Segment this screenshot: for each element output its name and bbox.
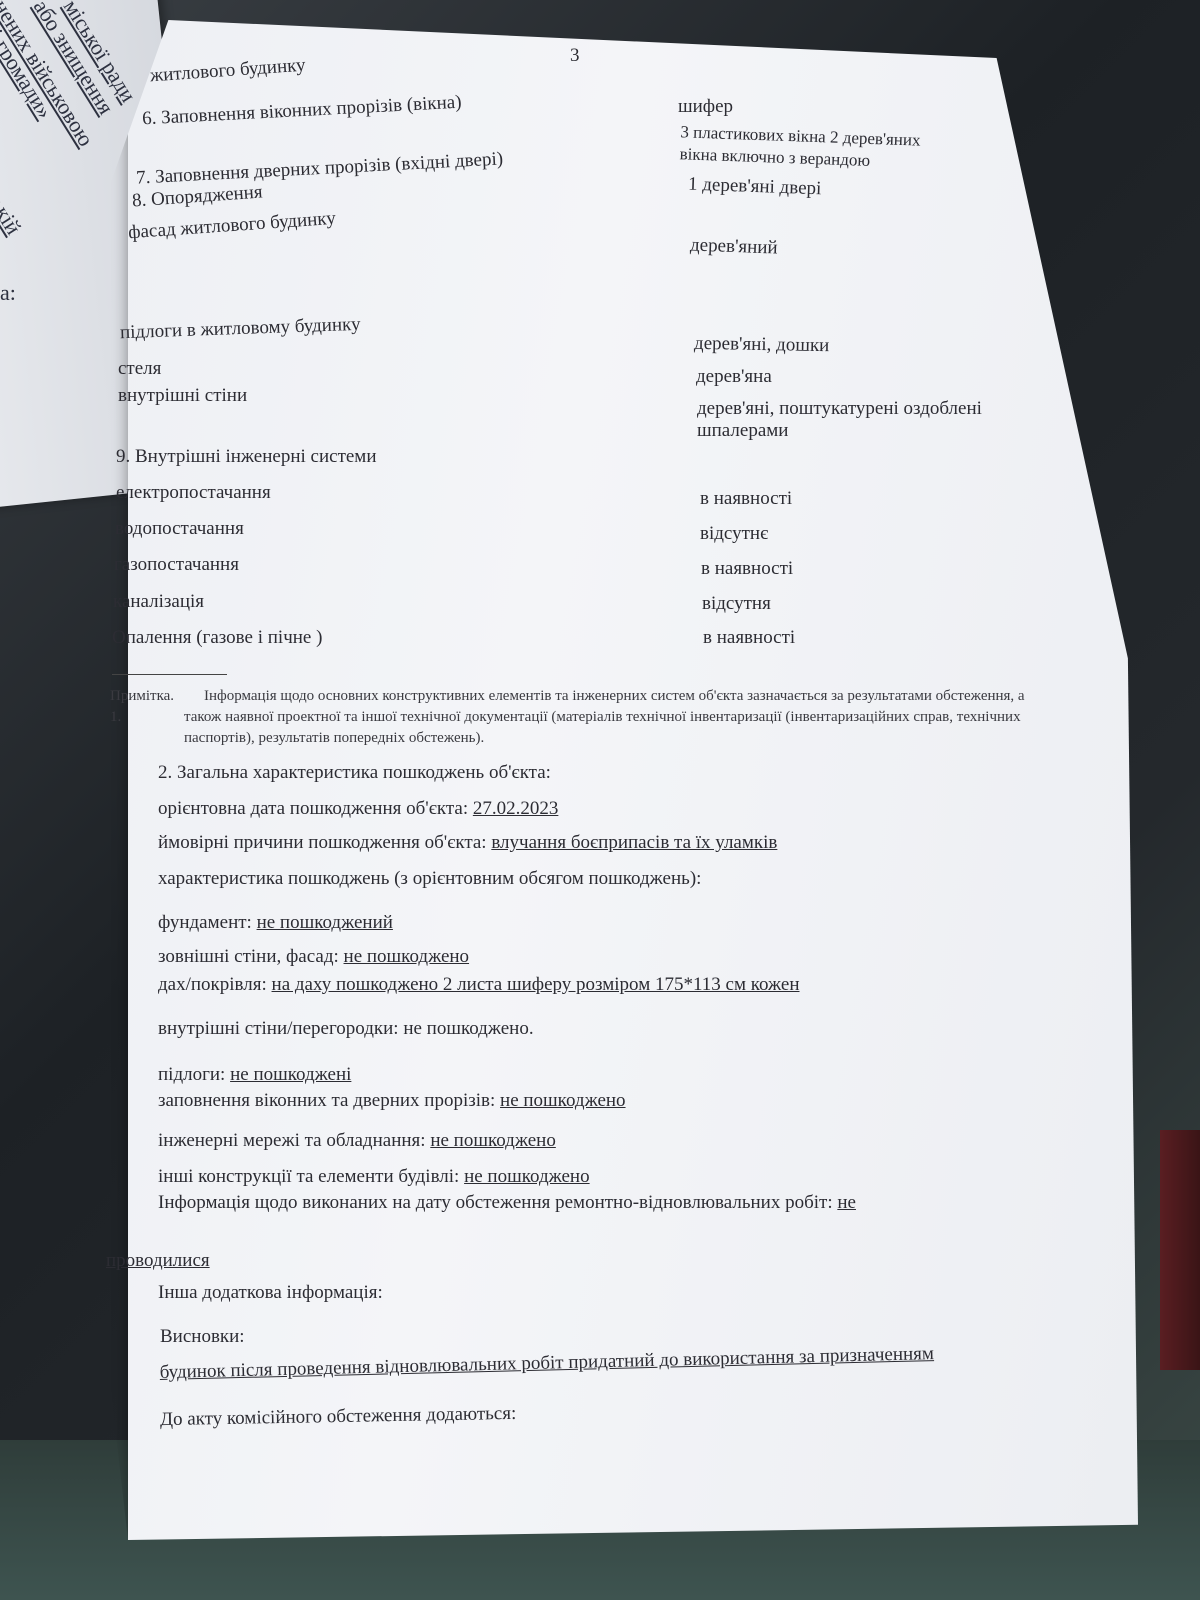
damage-item: зовнішні стіни, фасад: не пошкоджено (158, 946, 469, 968)
damage-item: інженерні мережі та обладнання: не пошко… (158, 1130, 556, 1152)
element-value: дерев'яні, дошки (694, 333, 830, 357)
damage-item-value: не пошкоджені (230, 1064, 351, 1085)
element-label: стеля (118, 358, 161, 380)
damage-item-value: не пошкоджено. (403, 1018, 533, 1039)
element-value: дерев'яна (696, 366, 772, 388)
damage-item-label: внутрішні стіни/перегородки: (158, 1018, 399, 1039)
element-label: підлоги в житловому будинку (120, 314, 361, 344)
element-value: дерев'яні, поштукатурені оздоблені шпале… (697, 398, 997, 442)
damage-item-label: дах/покрівля: (158, 974, 267, 995)
repair-value: не (837, 1192, 856, 1213)
element-label: внутрішні стіни (118, 385, 247, 407)
damage-item-value: на даху пошкоджено 2 листа шиферу розмір… (272, 974, 800, 995)
damage-item-label: інженерні мережі та обладнання: (158, 1130, 426, 1151)
engineering-label: водопостачання (115, 518, 244, 540)
damage-heading: 2. Загальна характеристика пошкоджень об… (158, 762, 551, 784)
damage-characteristics-label: характеристика пошкоджень (з орієнтовним… (158, 868, 701, 890)
damage-item: інші конструкції та елементи будівлі: не… (158, 1166, 590, 1188)
damage-date-value: 27.02.2023 (473, 798, 559, 819)
engineering-heading: 9. Внутрішні інженерні системи (116, 446, 377, 468)
engineering-label: газопостачання (114, 554, 239, 576)
repair-row: Інформація щодо виконаних на дату обстеж… (158, 1192, 856, 1214)
damage-item: дах/покрівля: на даху пошкоджено 2 листа… (158, 974, 800, 996)
additional-info-label: Інша додаткова інформація: (158, 1282, 383, 1304)
damage-item: внутрішні стіни/перегородки: не пошкодже… (158, 1018, 534, 1040)
damage-item-label: інші конструкції та елементи будівлі: (158, 1166, 459, 1187)
document-page: 3 житлового будинку шифер 6. Заповнення … (0, 0, 1200, 1600)
conclusions-label: Висновки: (160, 1326, 245, 1348)
damage-item: підлоги: не пошкоджені (158, 1064, 351, 1086)
damage-item-label: заповнення віконних та дверних прорізів: (158, 1090, 495, 1111)
engineering-label: електропостачання (116, 482, 271, 504)
damage-item-label: підлоги: (158, 1064, 225, 1085)
damage-item-label: зовнішні стіни, фасад: (158, 946, 339, 967)
element-label: 6. Заповнення віконних прорізів (вікна) (142, 92, 462, 131)
damage-date-label: орієнтовна дата пошкодження об'єкта: (158, 798, 468, 819)
note-text: Інформація щодо основних конструктивних … (184, 686, 1042, 749)
damage-date-row: орієнтовна дата пошкодження об'єкта: 27.… (158, 798, 558, 820)
engineering-value: в наявності (701, 558, 793, 580)
footnote-separator (112, 674, 227, 675)
damage-item-value: не пошкоджено (430, 1130, 556, 1151)
element-value: 1 дерев'яні двері (688, 174, 822, 201)
element-label: фасад житлового будинку (127, 208, 336, 244)
damage-item-value: не пошкоджений (257, 912, 393, 933)
engineering-value: відсутня (702, 593, 771, 615)
conclusions-value: будинок після проведення відновлювальних… (159, 1343, 934, 1384)
engineering-value: в наявності (703, 627, 795, 649)
engineering-value: в наявності (700, 488, 792, 510)
damage-item-value: не пошкоджено (500, 1090, 626, 1111)
element-label: 7. Заповнення дверних прорізів (вхідні д… (136, 148, 504, 189)
damage-cause-row: ймовірні причини пошкодження об'єкта: вл… (158, 832, 777, 854)
element-value: шифер (678, 96, 733, 118)
page-number: 3 (570, 45, 580, 67)
element-label: житлового будинку (149, 55, 306, 88)
damage-item-label: фундамент: (158, 912, 252, 933)
engineering-label: Опалення (газове і пічне ) (112, 627, 322, 649)
element-value: 3 пластикових вікна 2 дерев'яних вікна в… (679, 121, 950, 174)
repair-label: Інформація щодо виконаних на дату обстеж… (158, 1192, 833, 1213)
engineering-value: відсутнє (700, 523, 768, 545)
damage-item: фундамент: не пошкоджений (158, 912, 393, 934)
engineering-label: каналізація (113, 591, 204, 613)
note-prefix: Примітка. 1. (110, 686, 180, 728)
element-value: дерев'яний (690, 234, 778, 259)
repair-value-continued: проводилися (106, 1250, 210, 1272)
damage-item-value: не пошкоджено (464, 1166, 590, 1187)
damage-item-value: не пошкоджено (344, 946, 470, 967)
attachments-label: До акту комісійного обстеження додаються… (160, 1403, 517, 1431)
damage-cause-label: ймовірні причини пошкодження об'єкта: (158, 832, 487, 853)
damage-cause-value: влучання боєприпасів та їх уламків (491, 832, 777, 853)
damage-item: заповнення віконних та дверних прорізів:… (158, 1090, 626, 1112)
